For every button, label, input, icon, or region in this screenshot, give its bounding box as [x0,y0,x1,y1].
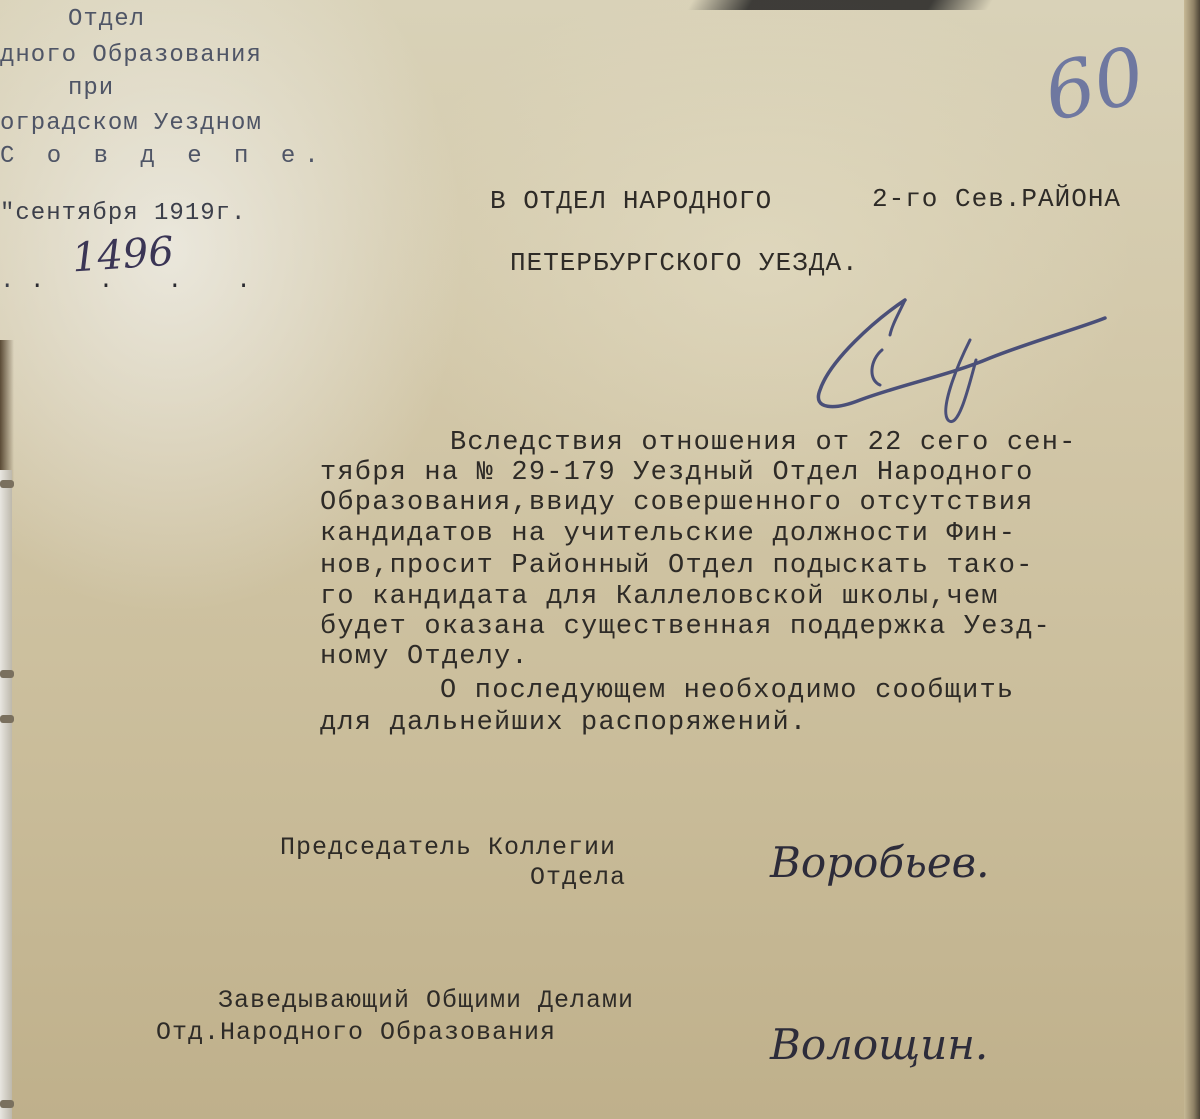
binding-knot [0,1100,14,1108]
binding-thread [0,470,12,1119]
binding-knot [0,480,14,488]
signature-title: Заведывающий Общими Делами [218,988,634,1013]
binding-knot [0,715,14,723]
body-line: Вследствия отношения от 22 сего сен- [450,430,1077,457]
body-line: нов,просит Районный Отдел подыскать тако… [320,553,1034,580]
signature-title: Председатель Коллегии [280,835,616,860]
top-edge-strip [687,0,993,10]
body-line: для дальнейших распоряжений. [320,710,807,737]
stamp-line: оградском Уездном [0,110,262,137]
binding-knot [0,670,14,678]
body-line: Образования,ввиду совершенного отсутстви… [320,490,1034,517]
page-edge [1184,0,1200,1119]
signature-title: Отдела [530,865,626,890]
addressee-line: 2-го Сев.РАЙОНА [872,186,1121,212]
stamp-date: "сентября 1919г. [0,200,246,227]
handwritten-signature: Волощин. [770,1020,988,1069]
body-line: тября на № 29-179 Уездный Отдел Народног… [320,460,1034,487]
body-line: будет оказана существенная поддержка Уез… [320,614,1051,641]
body-line: О последующем необходимо сообщить [440,678,1014,705]
stamp-line: Отдел [68,6,145,33]
binding-shadow [0,340,14,480]
addressee-line: В ОТДЕЛ НАРОДНОГО [490,188,772,214]
signature-title: Отд.Народного Образования [156,1020,556,1045]
stamp-line: С о в д е п е. [0,143,328,170]
body-line: го кандидата для Каллеловской школы,чем [320,584,999,611]
handwritten-signature: Воробьев. [770,838,989,887]
stamp-number-dots: . . . . [30,268,271,295]
body-line: ному Отделу. [320,644,529,671]
resolution-scribble-icon [780,280,1110,430]
body-line: кандидатов на учительские должности Фин- [320,521,1016,548]
stamp-line: дного Образования [0,42,262,69]
stamp-line: при [68,75,114,102]
stamp-number-prefix: . [0,268,31,295]
addressee-line: ПЕТЕРБУРГСКОГО УЕЗДА. [510,250,859,276]
